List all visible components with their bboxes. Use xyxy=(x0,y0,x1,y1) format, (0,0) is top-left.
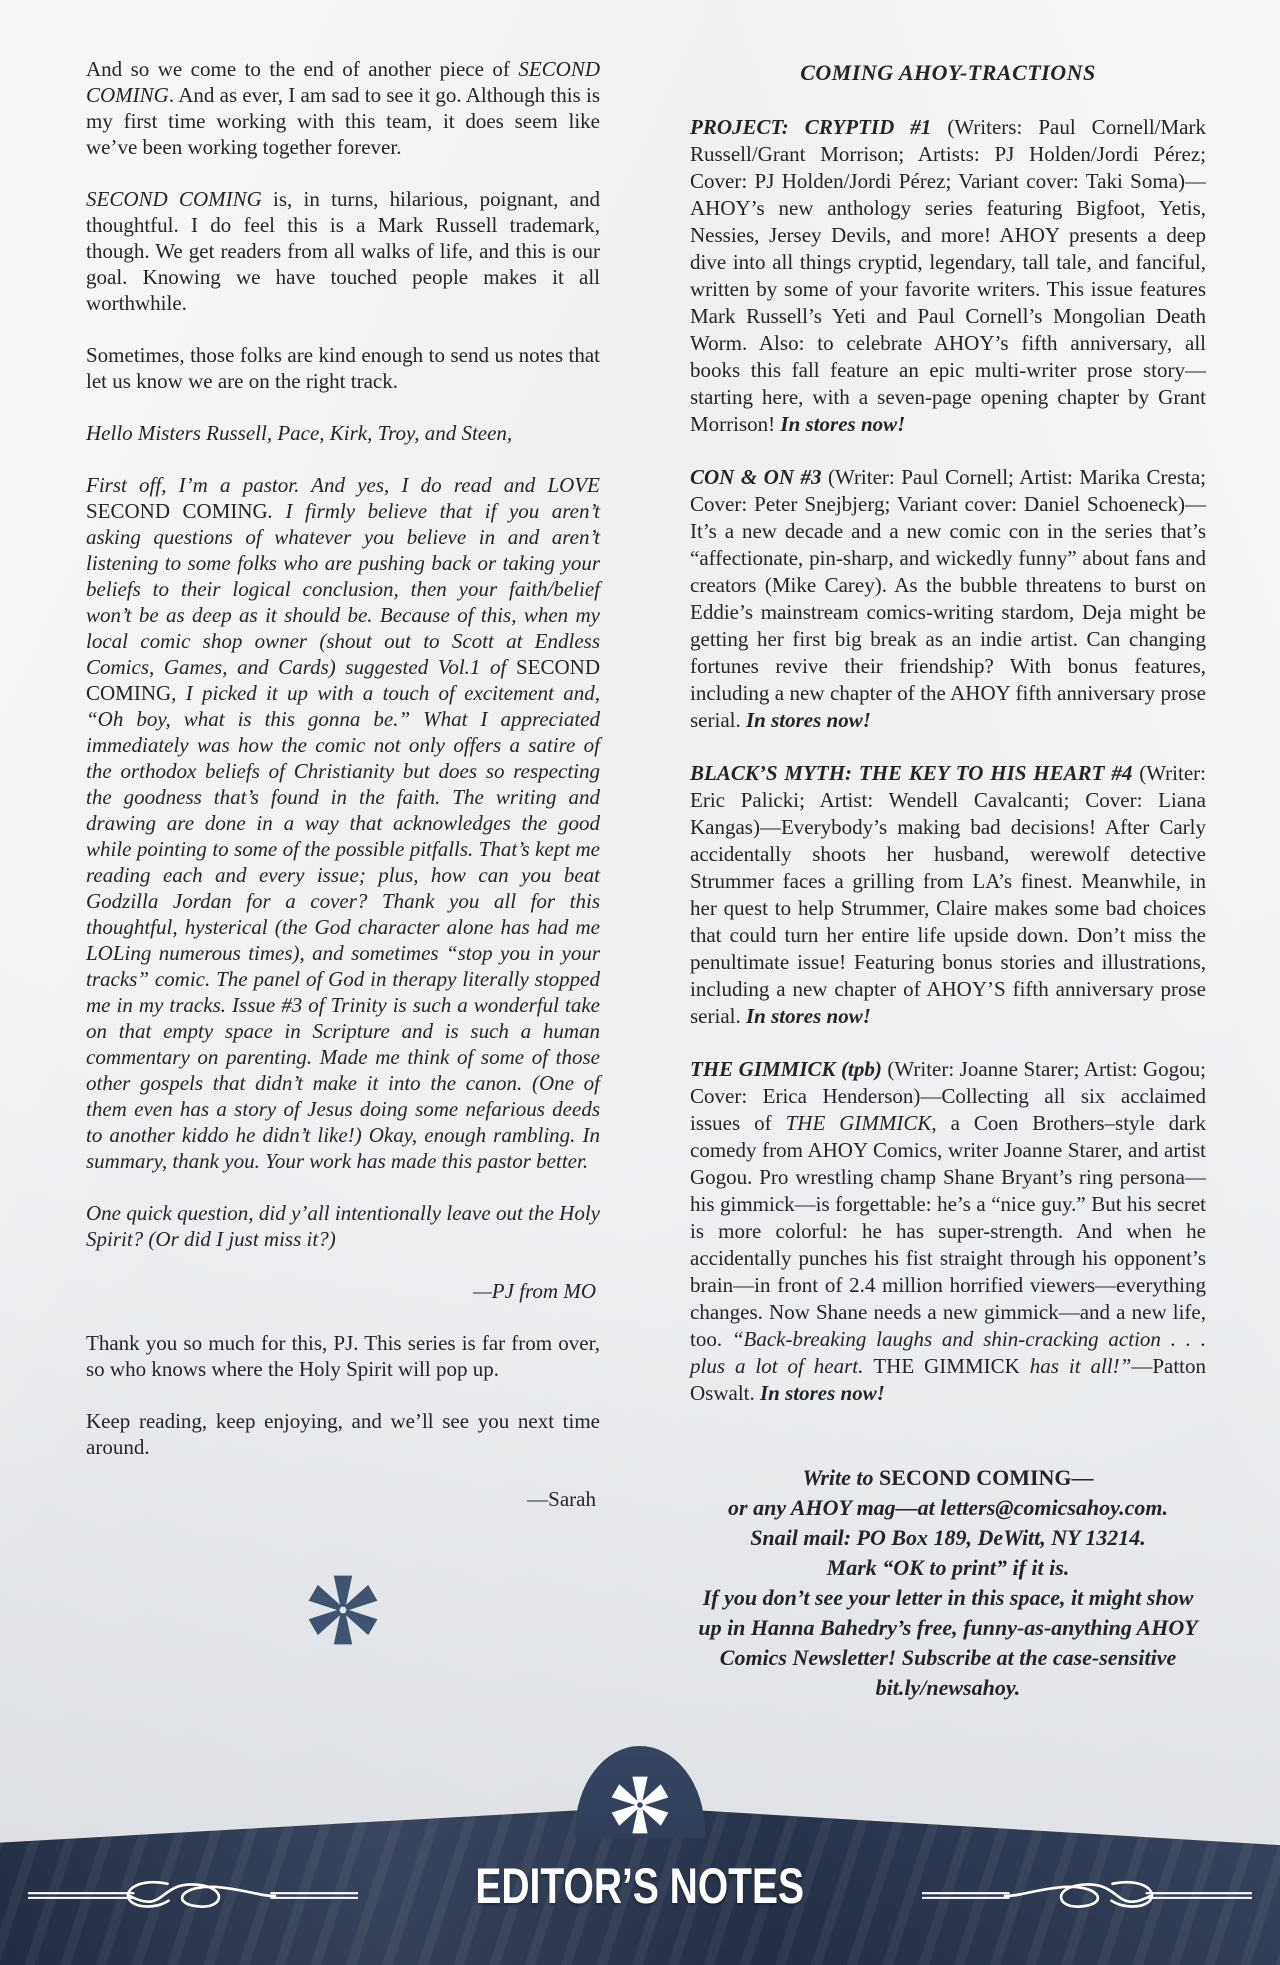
contact-line: Snail mail: PO Box 189, DeWitt, NY 13214… xyxy=(690,1523,1206,1553)
asterisk-divider-icon xyxy=(86,1570,600,1655)
letters-column: And so we come to the end of another pie… xyxy=(86,56,600,1655)
flourish-ornament-right xyxy=(922,1876,1252,1916)
editor-reply-paragraph: Thank you so much for this, PJ. This ser… xyxy=(86,1330,600,1382)
editor-signature: —Sarah xyxy=(86,1486,596,1512)
coming-attractions-header: COMING AHOY-TRACTIONS xyxy=(690,60,1206,86)
contact-line: Mark “OK to print” if it is. xyxy=(690,1553,1206,1583)
editor-intro-paragraph: And so we come to the end of another pie… xyxy=(86,56,600,160)
letter-body: First off, I’m a pastor. And yes, I do r… xyxy=(86,472,600,1174)
letters-page: And so we come to the end of another pie… xyxy=(0,0,1280,1965)
editor-intro-paragraph: Sometimes, those folks are kind enough t… xyxy=(86,342,600,394)
solicitation-project-cryptid: PROJECT: CRYPTID #1 (Writers: Paul Corne… xyxy=(690,114,1206,438)
editors-notes-banner: EDITOR’S NOTES xyxy=(0,1710,1280,1965)
contact-line: or any AHOY mag—at letters@comicsahoy.co… xyxy=(690,1493,1206,1523)
editor-closing-paragraph: Keep reading, keep enjoying, and we’ll s… xyxy=(86,1408,600,1460)
solicitation-blacks-myth: BLACK’S MYTH: THE KEY TO HIS HEART #4 (W… xyxy=(690,760,1206,1030)
ahoy-asterisk-icon xyxy=(607,1772,673,1838)
editor-intro-paragraph: SECOND COMING is, in turns, hilarious, p… xyxy=(86,186,600,316)
contact-info: Write to SECOND COMING— or any AHOY mag—… xyxy=(690,1463,1206,1703)
contact-line: Write to SECOND COMING— xyxy=(690,1463,1206,1493)
letter-salutation: Hello Misters Russell, Pace, Kirk, Troy,… xyxy=(86,420,600,446)
contact-line: If you don’t see your letter in this spa… xyxy=(690,1583,1206,1703)
letter-question: One quick question, did y’all intentiona… xyxy=(86,1200,600,1252)
letter-signature: —PJ from MO xyxy=(86,1278,596,1304)
solicitation-the-gimmick: THE GIMMICK (tpb) (Writer: Joanne Starer… xyxy=(690,1056,1206,1407)
coming-attractions-column: COMING AHOY-TRACTIONS PROJECT: CRYPTID #… xyxy=(690,60,1206,1703)
solicitation-con-and-on: CON & ON #3 (Writer: Paul Cornell; Artis… xyxy=(690,464,1206,734)
